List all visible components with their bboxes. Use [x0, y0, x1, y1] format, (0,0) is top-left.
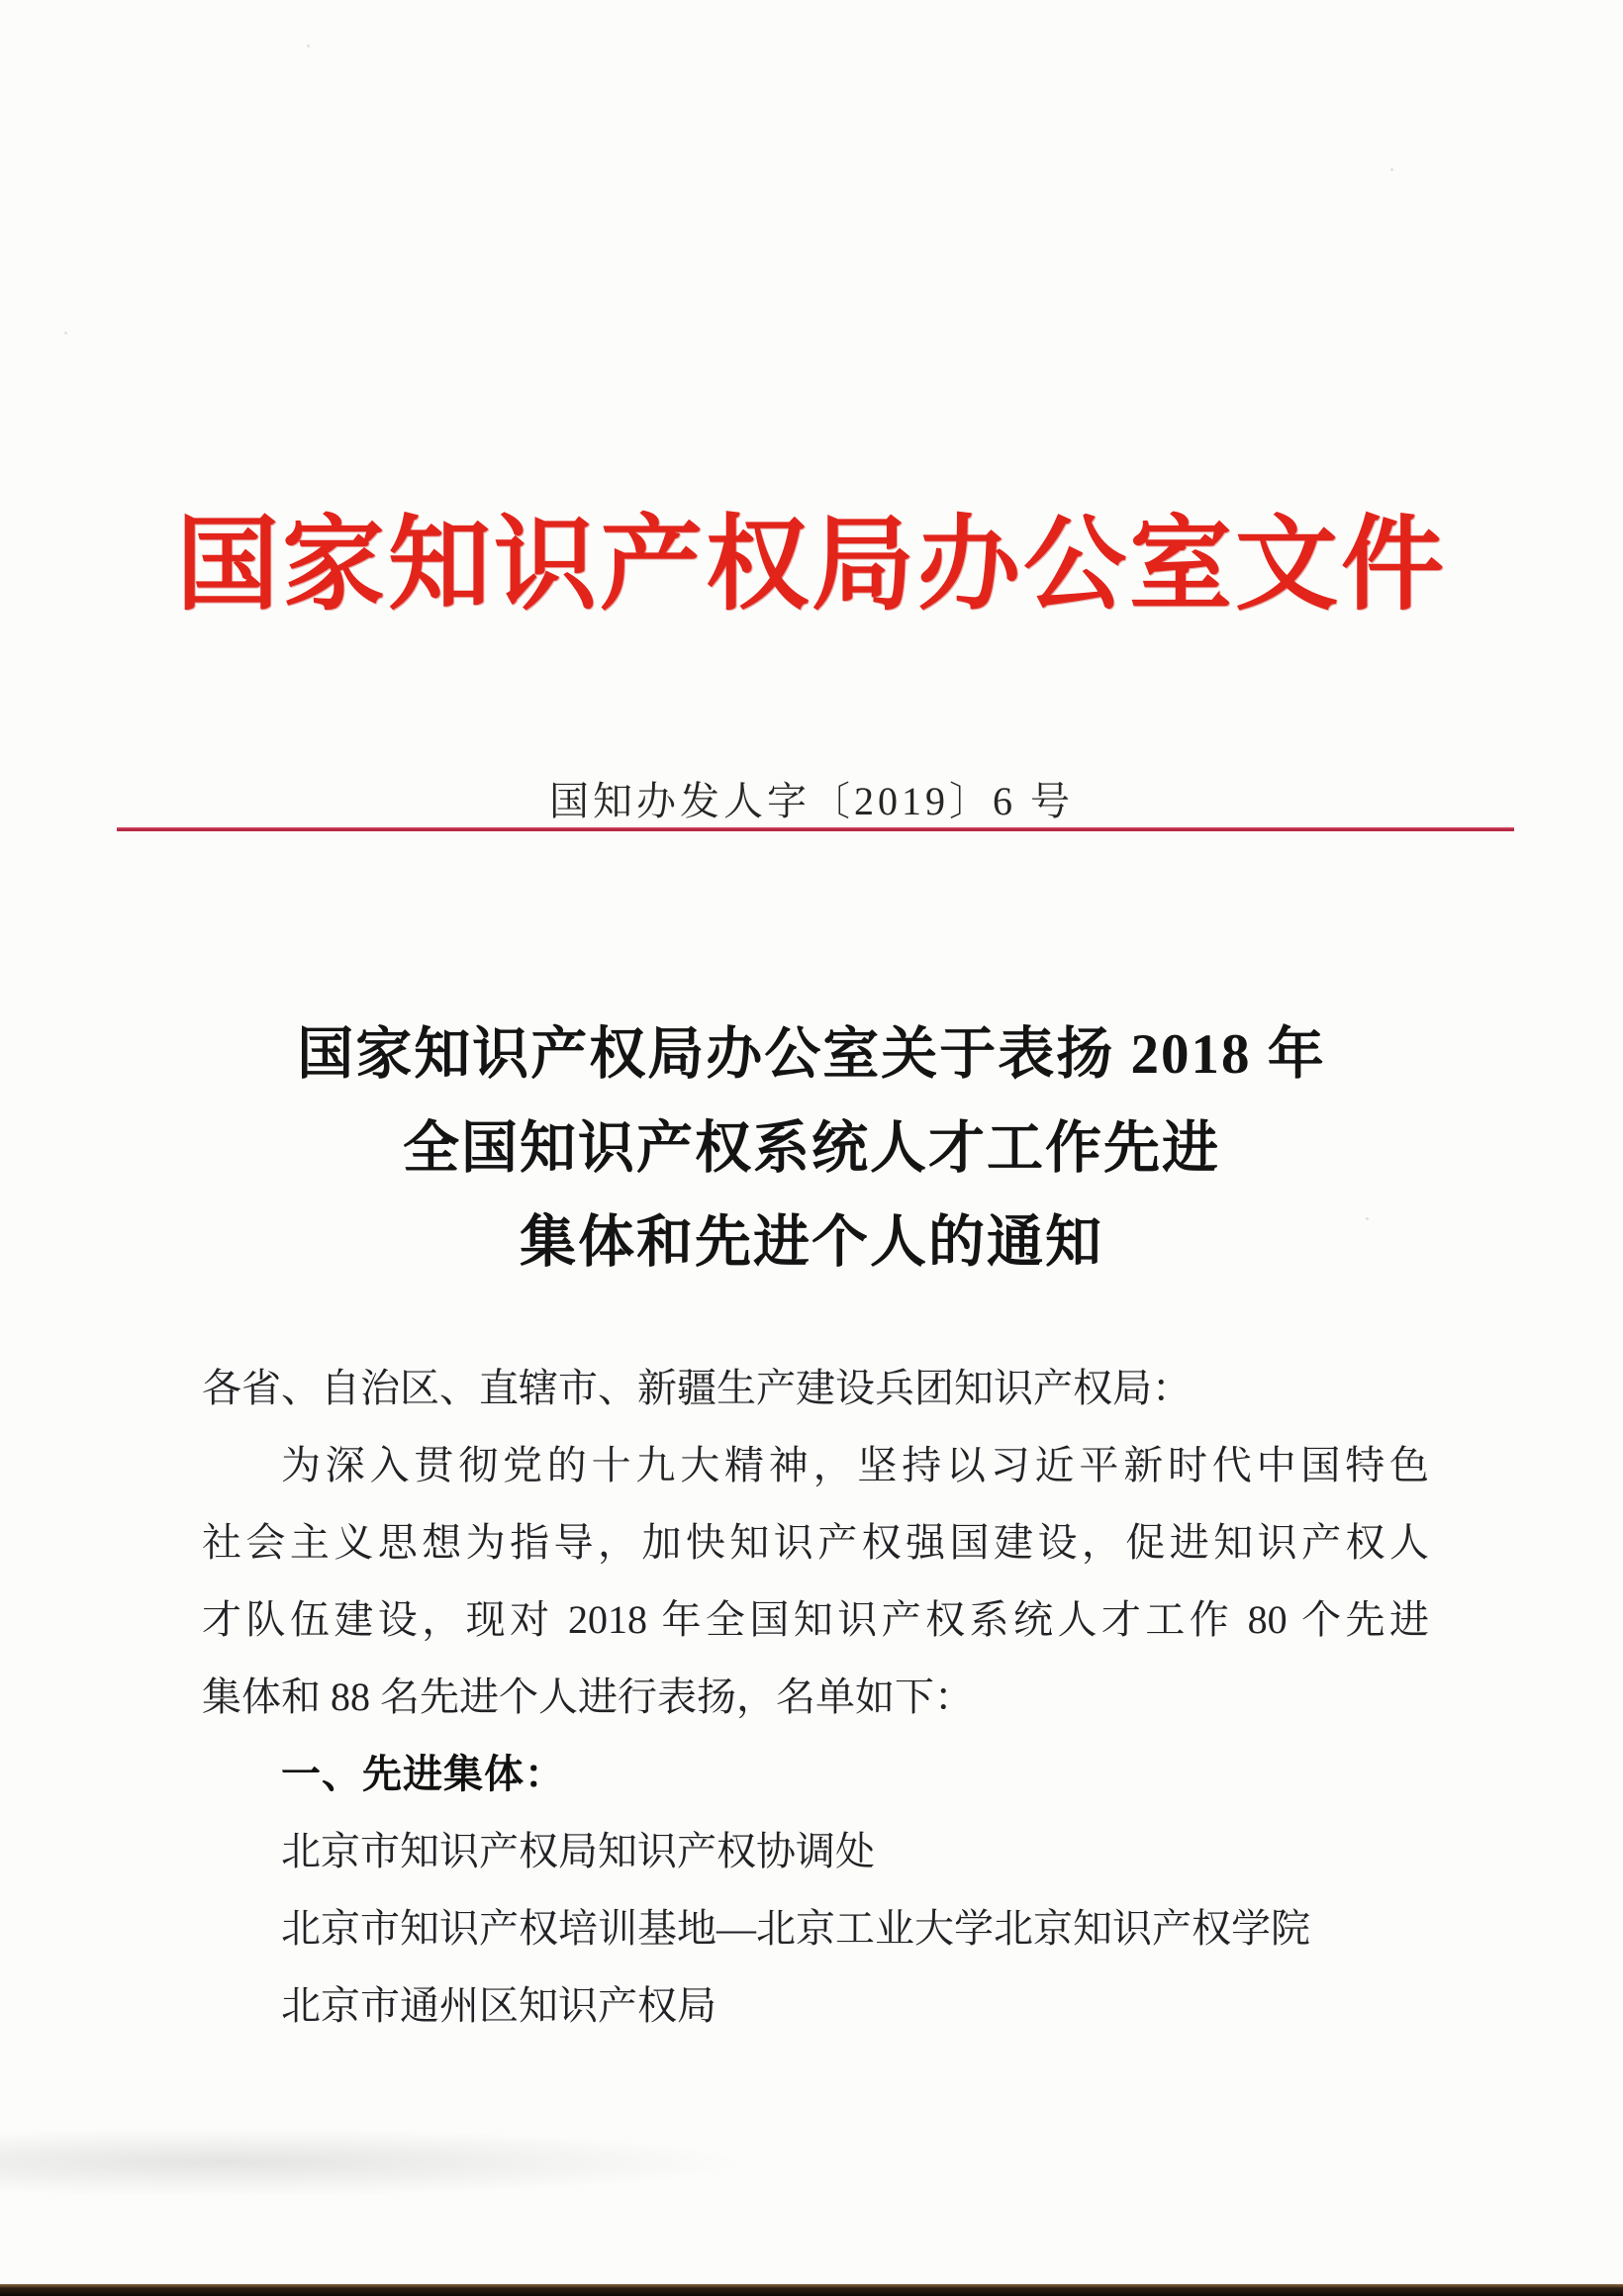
document-title: 国家知识产权局办公室关于表扬 2018 年 全国知识产权系统人才工作先进 集体和… [0, 1007, 1623, 1290]
document-title-line-1: 国家知识产权局办公室关于表扬 2018 年 [0, 1007, 1623, 1101]
scan-smudge [0, 2128, 752, 2197]
letterhead-red-rule [117, 827, 1514, 831]
paragraph-line-4: 集体和 88 名先进个人进行表扬，名单如下： [202, 1659, 1429, 1736]
section-heading-advanced-collectives: 一、先进集体： [202, 1736, 1429, 1813]
document-body: 各省、自治区、直辖市、新疆生产建设兵团知识产权局： 为深入贯彻党的十九大精神，坚… [202, 1350, 1429, 2045]
paragraph-line-2: 社会主义思想为指导，加快知识产权强国建设，促进知识产权人 [202, 1504, 1429, 1581]
scan-speck [64, 332, 67, 335]
list-item-collective-3: 北京市通州区知识产权局 [202, 1967, 1429, 2045]
scanned-official-document-page: 国家知识产权局办公室文件 国知办发人字〔2019〕6 号 国家知识产权局办公室关… [0, 0, 1623, 2296]
salutation-line: 各省、自治区、直辖市、新疆生产建设兵团知识产权局： [202, 1350, 1429, 1427]
scan-speck [307, 45, 310, 48]
letterhead-masthead-title: 国家知识产权局办公室文件 [0, 487, 1623, 645]
scan-speck [1390, 168, 1393, 171]
list-item-collective-1: 北京市知识产权局知识产权协调处 [202, 1813, 1429, 1890]
document-reference-number: 国知办发人字〔2019〕6 号 [0, 770, 1623, 826]
scan-dark-edge [0, 2284, 1623, 2296]
paragraph-line-1: 为深入贯彻党的十九大精神，坚持以习近平新时代中国特色 [202, 1427, 1429, 1504]
document-title-line-3: 集体和先进个人的通知 [0, 1196, 1623, 1290]
list-item-collective-2: 北京市知识产权培训基地—北京工业大学北京知识产权学院 [202, 1890, 1429, 1967]
document-title-line-2: 全国知识产权系统人才工作先进 [0, 1101, 1623, 1196]
paragraph-line-3: 才队伍建设，现对 2018 年全国知识产权系统人才工作 80 个先进 [202, 1581, 1429, 1659]
